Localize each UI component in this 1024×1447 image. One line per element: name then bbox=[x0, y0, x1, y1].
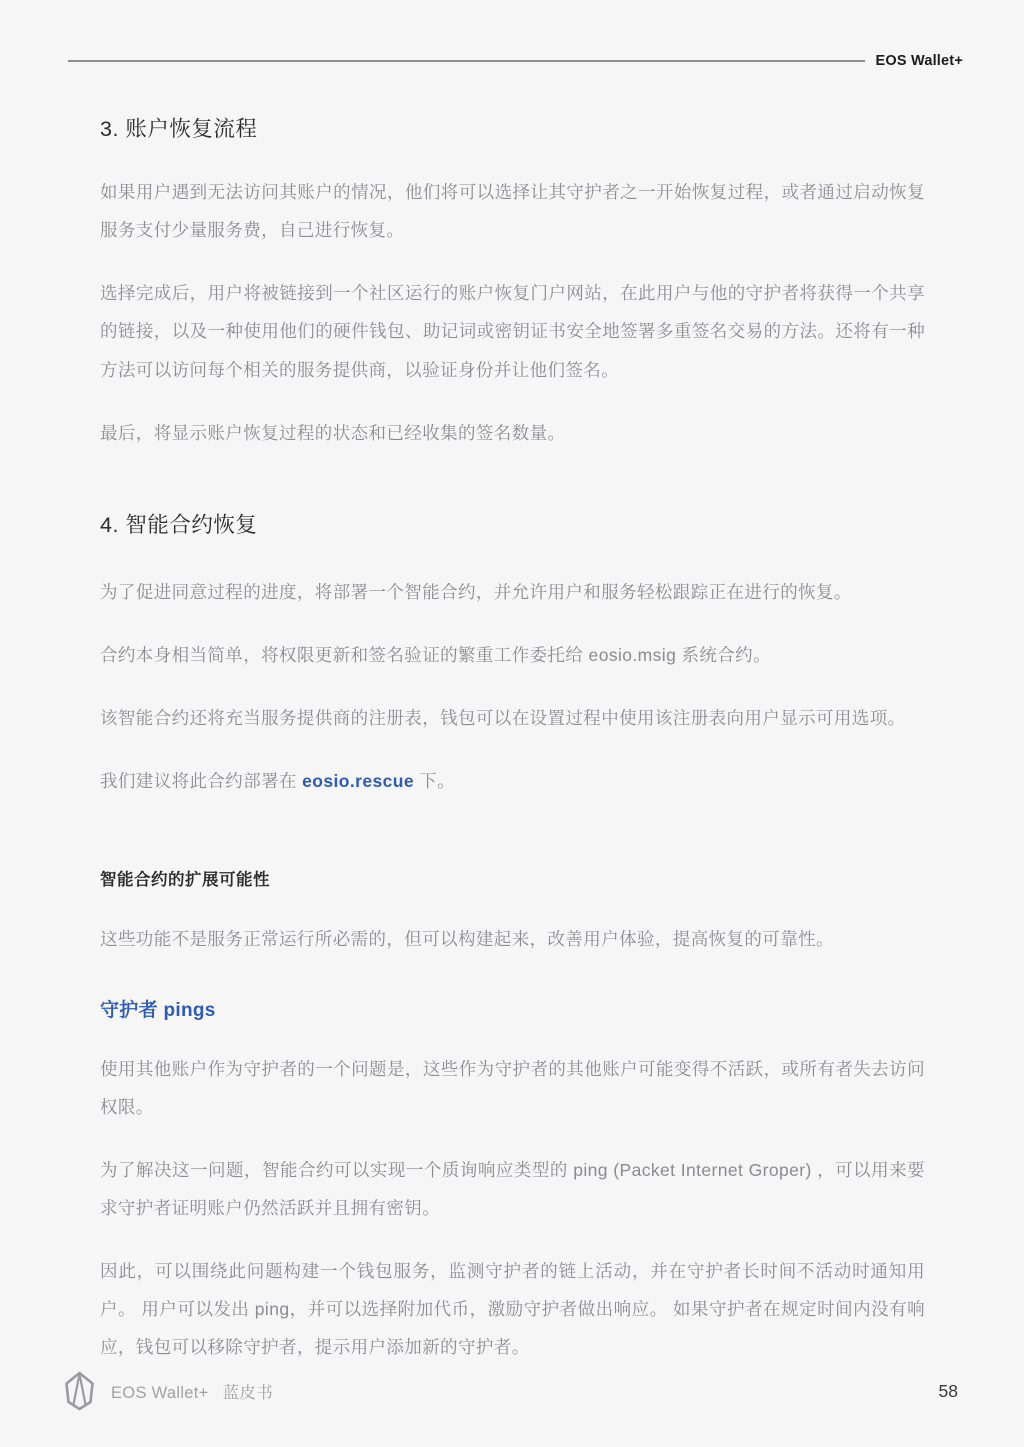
paragraph-4-text-after: 下。 bbox=[414, 771, 455, 791]
section-4-paragraph-3: 该智能合约还将充当服务提供商的注册表，钱包可以在设置过程中使用该注册表向用户显示… bbox=[100, 699, 925, 737]
page-content: 3. 账户恢复流程 如果用户遇到无法访问其账户的情况，他们将可以选择让其守护者之… bbox=[100, 112, 925, 1392]
pings-paragraph-1: 使用其他账户作为守护者的一个问题是，这些作为守护者的其他账户可能变得不活跃，或所… bbox=[100, 1050, 925, 1126]
page-footer: EOS Wallet+蓝皮书 58 bbox=[62, 1371, 958, 1411]
header-brand: EOS Wallet+ bbox=[876, 53, 963, 69]
footer-doc-type: 蓝皮书 bbox=[223, 1384, 273, 1402]
section-4-paragraph-4: 我们建议将此合约部署在 eosio.rescue 下。 bbox=[100, 762, 925, 800]
document-page: EOS Wallet+ 3. 账户恢复流程 如果用户遇到无法访问其账户的情况，他… bbox=[0, 0, 1024, 1447]
pings-paragraph-3: 因此，可以围绕此问题构建一个钱包服务，监测守护者的链上活动，并在守护者长时间不活… bbox=[100, 1252, 925, 1366]
section-3-paragraph-1: 如果用户遇到无法访问其账户的情况，他们将可以选择让其守护者之一开始恢复过程，或者… bbox=[100, 173, 925, 249]
footer-brand: EOS Wallet+ bbox=[111, 1384, 209, 1402]
section-4-heading: 4. 智能合约恢复 bbox=[100, 508, 925, 539]
footer-text: EOS Wallet+蓝皮书 bbox=[111, 1379, 273, 1403]
header-rule bbox=[68, 60, 865, 62]
section-4-paragraph-1: 为了促进同意过程的进度，将部署一个智能合约，并允许用户和服务轻松跟踪正在进行的恢… bbox=[100, 573, 925, 611]
guardian-pings-heading: 守护者 pings bbox=[100, 995, 925, 1022]
paragraph-4-text-before: 我们建议将此合约部署在 bbox=[100, 771, 302, 791]
page-number: 58 bbox=[939, 1381, 958, 1402]
section-3-paragraph-2: 选择完成后，用户将被链接到一个社区运行的账户恢复门户网站，在此用户与他的守护者将… bbox=[100, 274, 925, 388]
section-4-paragraph-2: 合约本身相当简单，将权限更新和签名验证的繁重工作委托给 eosio.msig 系… bbox=[100, 636, 925, 674]
page-header: EOS Wallet+ bbox=[68, 52, 963, 70]
smart-contract-extensions-subheading: 智能合约的扩展可能性 bbox=[100, 866, 925, 890]
extensions-paragraph-1: 这些功能不是服务正常运行所必需的，但可以构建起来，改善用户体验，提高恢复的可靠性… bbox=[100, 920, 925, 958]
pings-paragraph-2: 为了解决这一问题，智能合约可以实现一个质询响应类型的 ping (Packet … bbox=[100, 1151, 925, 1227]
eos-logo-icon bbox=[62, 1371, 97, 1411]
section-3-paragraph-3: 最后，将显示账户恢复过程的状态和已经收集的签名数量。 bbox=[100, 414, 925, 452]
section-3-heading: 3. 账户恢复流程 bbox=[100, 112, 925, 143]
eosio-rescue-link[interactable]: eosio.rescue bbox=[302, 771, 414, 791]
